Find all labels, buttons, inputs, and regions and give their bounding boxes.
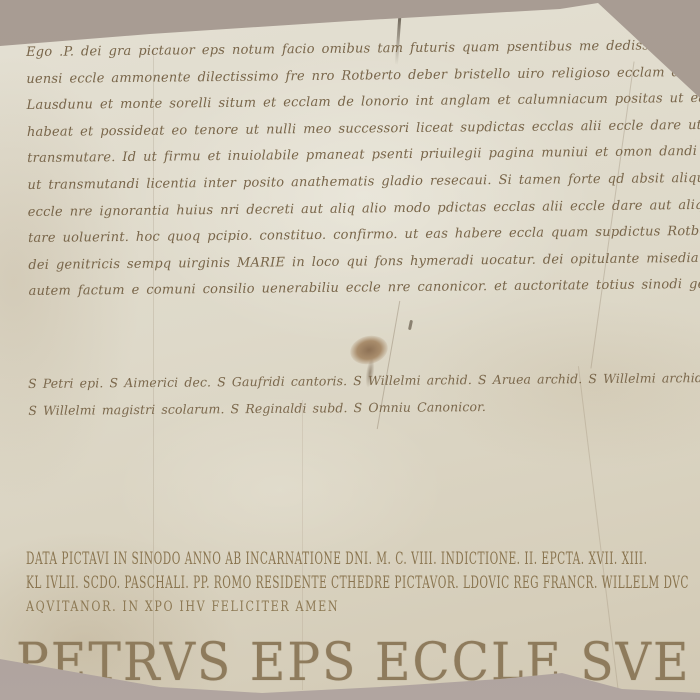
witness-signatures: S Petri epi. S Aimerici dec. S Gaufridi … — [28, 370, 696, 430]
episcopal-subscription-line: PETRVS EPS ECCLE SVE — [16, 633, 690, 693]
dating-line: AQVITANOR. IN XPO IHV FELICITER AMEN — [26, 599, 700, 615]
charter-body-text: Ego .P. dei gra pictauor eps notum facio… — [26, 38, 697, 311]
charter-body-line: autem factum e comuni consilio uenerabil… — [29, 277, 697, 311]
dating-clause: DATA PICTAVI IN SINODO ANNO AB INCARNATI… — [26, 549, 700, 615]
dating-line: DATA PICTAVI IN SINODO ANNO AB INCARNATI… — [26, 549, 689, 573]
ink-speck — [408, 320, 413, 330]
charter-photo: Ego .P. dei gra pictauor eps notum facio… — [0, 0, 700, 700]
parchment: Ego .P. dei gra pictauor eps notum facio… — [0, 0, 700, 700]
witness-line: S Willelmi magistri scolarum. S Reginald… — [28, 397, 696, 430]
dating-line: KL IVLII. SCDO. PASCHALI. PP. ROMO RESID… — [26, 573, 689, 597]
